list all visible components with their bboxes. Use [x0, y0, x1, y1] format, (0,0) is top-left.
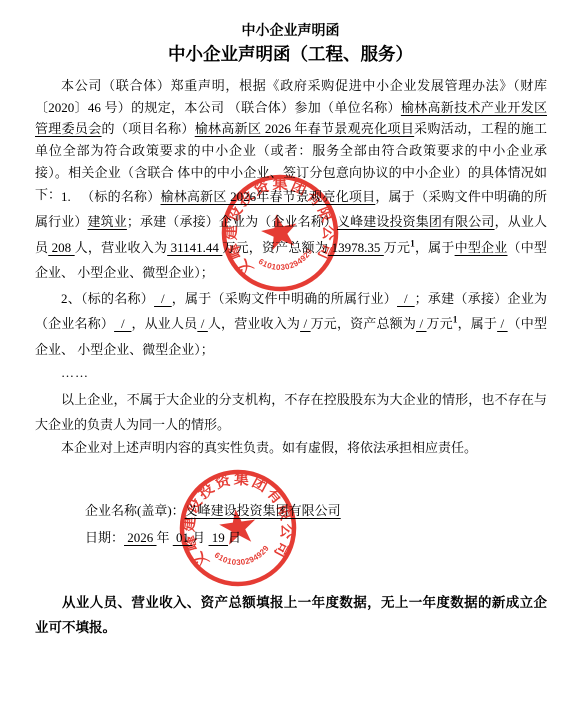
text-segment: 万元	[427, 316, 453, 331]
underlined-field: /	[300, 316, 310, 331]
underlined-field: 中型企业	[455, 240, 508, 255]
underlined-field: 榆林高新区 2026 年春节景观亮化项目	[195, 121, 414, 136]
text-segment: ；承建（承接）企业为（企业名称）	[127, 214, 337, 229]
company-name-line: 企业名称(盖章)：义峰建设投资集团有限公司	[85, 500, 545, 522]
date-label: 日期：	[85, 530, 124, 545]
text-segment: 万元，资产总额为	[222, 240, 328, 255]
text-segment: 万元	[384, 240, 410, 255]
underlined-field: /	[114, 316, 131, 331]
underlined-field: /	[416, 316, 426, 331]
item-1-paragraph: 1. （标的名称）榆林高新区 2026年春节景观亮化项目，属于（采购文件中明确的…	[35, 184, 547, 285]
date-day-value: 19	[209, 530, 229, 545]
text-segment: ，属于（采购文件中明确的所属行业）	[172, 291, 397, 306]
footnote-paragraph: 从业人员、营业收入、资产总额填报上一年度数据，无上一年度数据的新成立企业可不填报…	[35, 590, 547, 641]
company-name-value: 义峰建设投资集团有限公司	[185, 503, 341, 518]
date-month-value: 01	[173, 530, 193, 545]
date-line: 日期： 2026 年 01 月 19 日	[85, 527, 545, 549]
text-segment: ，属于	[457, 316, 497, 331]
text-segment: ，从业人员	[131, 316, 197, 331]
responsibility-paragraph: 本企业对上述声明内容的真实性负责。如有虚假，将依法承担相应责任。	[35, 437, 547, 459]
company-name-label: 企业名称(盖章)：	[85, 503, 185, 518]
text-segment: 的（项目名称）	[102, 121, 195, 136]
underlined-field: /	[397, 291, 415, 306]
date-month-suffix: 月	[192, 530, 205, 545]
underlined-field: 建筑业	[88, 214, 127, 229]
date-day-suffix: 日	[228, 530, 241, 545]
date-year-value: 2026	[124, 530, 157, 545]
text-segment: 本企业对上述声明内容的真实性负责。如有虚假，将依法承担相应责任。	[61, 440, 477, 455]
underlined-field: /	[497, 316, 507, 331]
text-segment: 1. （标的名称）	[61, 189, 161, 204]
text-segment: 2、（标的名称）	[61, 291, 154, 306]
underlined-field: 义峰建设投资集团有限公司	[337, 214, 495, 229]
text-segment: 人，营业收入为	[208, 316, 300, 331]
text-segment: 万元，资产总额为	[311, 316, 416, 331]
ellipsis-line: ……	[35, 362, 547, 384]
underlined-field: 榆林高新区 2026年春节景观亮化项目	[161, 189, 376, 204]
underlined-field: 13978.35	[328, 240, 384, 255]
underlined-field: 208	[48, 240, 74, 255]
text-segment: 人，营业收入为	[75, 240, 168, 255]
page-title: 中小企业声明函（工程、服务）	[0, 41, 581, 66]
text-segment: ……	[61, 365, 89, 380]
underlined-field: /	[197, 316, 207, 331]
text-segment: ，属于	[415, 240, 455, 255]
text-segment: 以上企业，不属于大企业的分支机构，不存在控股股东为大企业的情形，也不存在与大企业…	[35, 392, 547, 432]
declaration-paragraph: 以上企业，不属于大企业的分支机构，不存在控股股东为大企业的情形，也不存在与大企业…	[35, 387, 547, 438]
page: 中小企业声明函 中小企业声明函（工程、服务） 本公司（联合体）郑重声明，根据《政…	[0, 0, 581, 722]
item-2-paragraph: 2、（标的名称） / ，属于（采购文件中明确的所属行业） / ；承建（承接）企业…	[35, 286, 547, 362]
date-year-suffix: 年	[157, 530, 170, 545]
document-header-title: 中小企业声明函	[0, 20, 581, 40]
underlined-field: /	[154, 291, 172, 306]
underlined-field: 31141.44	[167, 240, 222, 255]
